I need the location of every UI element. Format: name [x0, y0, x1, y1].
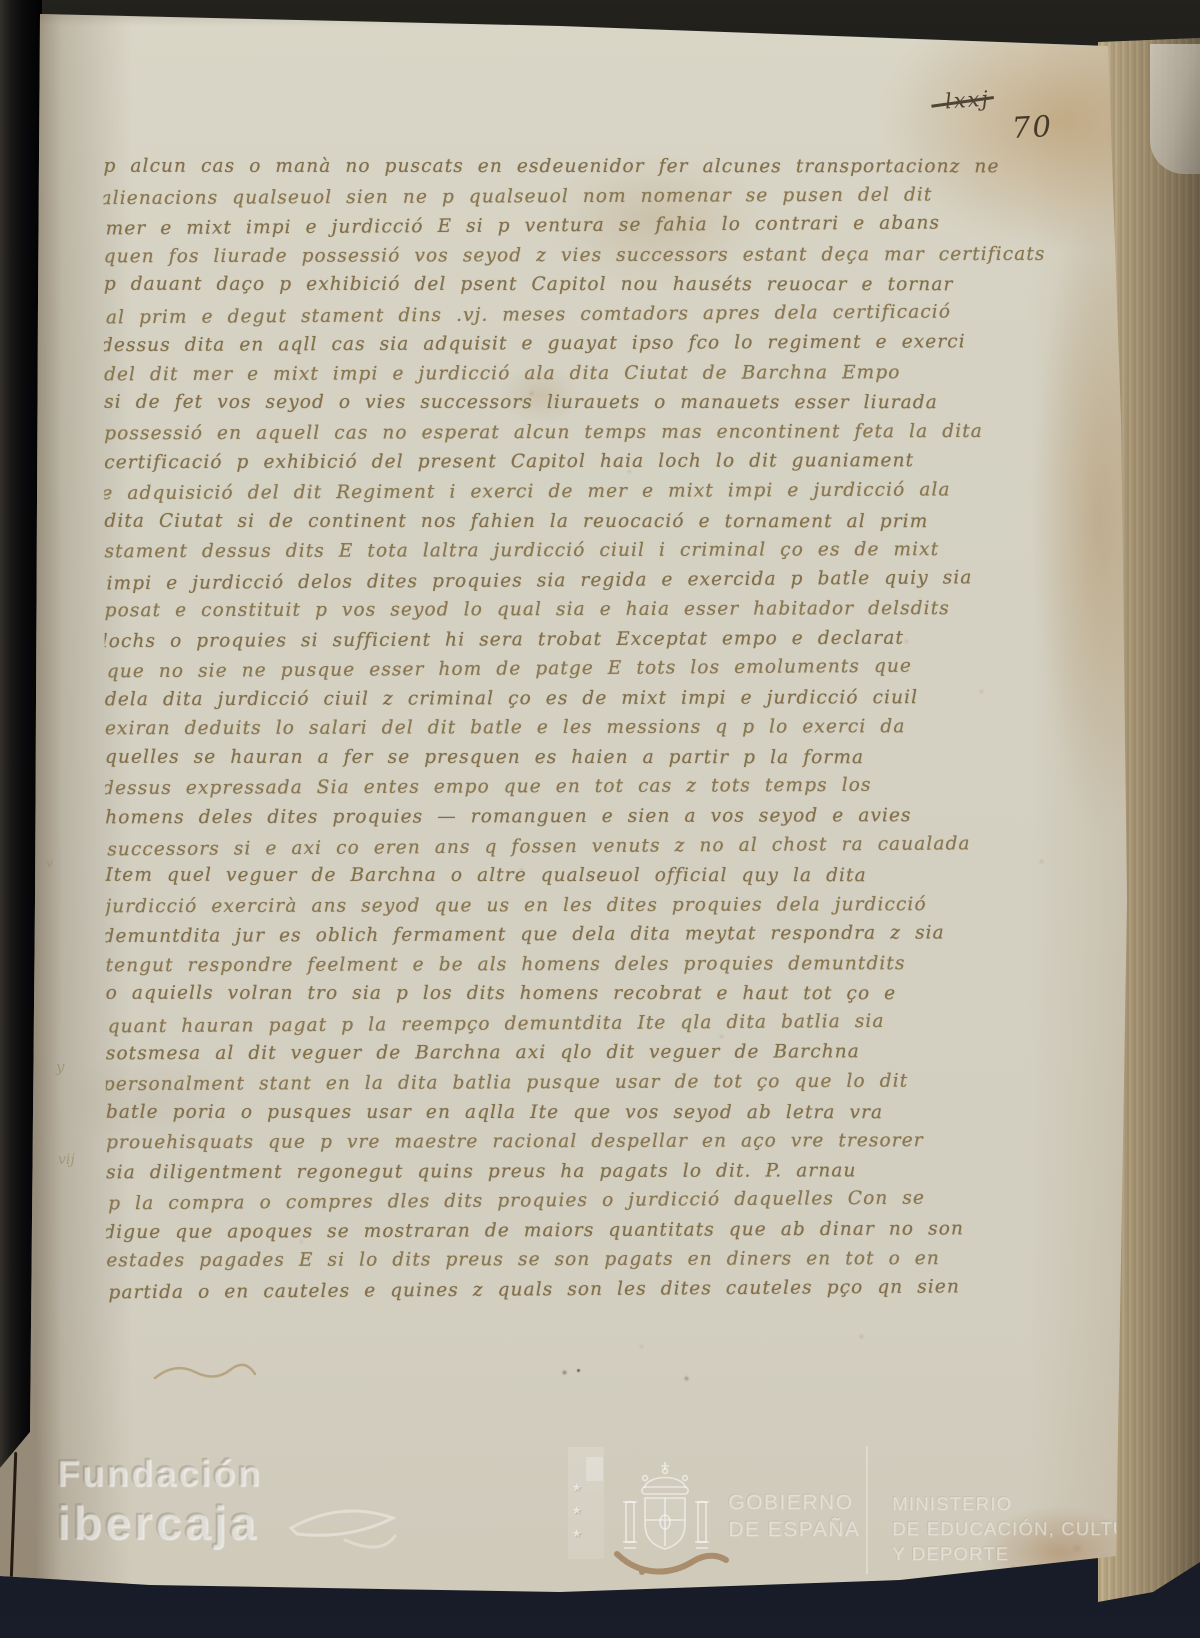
- manuscript-line: quen fos liurade possessió vos seyod z v…: [104, 239, 1062, 271]
- manuscript-line: e adquisició del dit Regiment i exerci d…: [103, 475, 1059, 509]
- manuscript-line: homens deles dites proquies — romanguen …: [105, 801, 1063, 833]
- manuscript-line: certificació p exhibició del present Cap…: [104, 446, 1062, 478]
- manuscript-line: Item quel veguer de Barchna o altre qual…: [105, 861, 1063, 891]
- manuscript-line: dela dita jurdicció ciuil z criminal ço …: [105, 683, 1063, 715]
- spain-coat-of-arms-icon: [618, 1456, 714, 1558]
- manuscript-line: batle poria o pusques usar en aqlla Ite …: [106, 1097, 1064, 1127]
- gobierno-watermark: GOBIERNO DE ESPAÑA: [728, 1489, 860, 1543]
- manuscript-line: sotsmesa al dit veguer de Barchna axi ql…: [106, 1037, 1064, 1069]
- ibercaja-watermark-line1: Fundación: [57, 1452, 262, 1496]
- manuscript-line: que no sie ne pusque esser hom de patge …: [107, 651, 1065, 687]
- manuscript-text-block: p alcun cas o manà no puscats en esdeuen…: [103, 151, 1064, 1322]
- manuscript-line: dessus expressada Sia entes empo que en …: [103, 770, 1060, 804]
- star-icon: ★: [572, 1481, 582, 1494]
- manuscript-page: lxxj 70 p alcun cas o manà no puscats en…: [0, 0, 1200, 1638]
- manuscript-line: exiran deduits lo salari del dit batle e…: [105, 712, 1063, 744]
- manuscript-line: successors si e axi co eren ans q fossen…: [107, 828, 1064, 864]
- manuscript-line: estades pagades E si lo dits preus se so…: [106, 1244, 1064, 1276]
- page-fold-crack: [10, 1452, 17, 1580]
- star-icon: ★: [572, 1527, 582, 1540]
- ministerio-watermark: MINISTERIO DE EDUCACIÓN, CULTURA Y DEPOR…: [892, 1491, 1155, 1566]
- ink-flourish: [150, 1360, 260, 1386]
- gobierno-line2: DE ESPAÑA: [728, 1516, 860, 1543]
- ibercaja-swoosh-icon: [285, 1492, 403, 1562]
- manuscript-line: posat e constituit p vos seyod lo qual s…: [105, 594, 1063, 626]
- manuscript-line: prouehisquats que p vre maestre racional…: [106, 1126, 1064, 1158]
- manuscript-line: dita Ciutat si de continent nos fahien l…: [104, 506, 1062, 536]
- manuscript-line: p dauant daço p exhibició del psent Capi…: [104, 270, 1062, 300]
- flag-canton: [586, 1457, 603, 1481]
- manuscript-line: stament dessus dits E tota laltra jurdic…: [104, 535, 1062, 567]
- manuscript-line: quelles se hauran a fer se presquen es h…: [105, 743, 1063, 773]
- manuscript-line: o aquiells volran tro sia p los dits hom…: [106, 979, 1064, 1009]
- folio-number: 70: [1011, 109, 1054, 145]
- manuscript-line: personalment stant en la dita batlia pus…: [103, 1066, 1060, 1100]
- manuscript-line: sia diligentment regonegut quins preus h…: [106, 1155, 1064, 1187]
- gobierno-line1: GOBIERNO: [728, 1489, 860, 1516]
- manuscript-line: demuntdita jur es oblich fermament que d…: [103, 918, 1060, 952]
- manuscript-line: si de fet vos seyod o vies successors li…: [104, 388, 1062, 418]
- ministerio-line1: MINISTERIO: [892, 1491, 1155, 1516]
- curled-page-corner: [1150, 44, 1200, 174]
- margin-mark: y: [56, 1058, 64, 1076]
- margin-mark: v: [46, 856, 53, 870]
- margin-mark: vij: [58, 1152, 75, 1168]
- manuscript-line: jurdicció exercirà ans seyod que us en l…: [105, 889, 1063, 921]
- manuscript-line: del dit mer e mixt impi e jurdicció ala …: [104, 358, 1062, 390]
- manuscript-line: mer e mixt impi e jurdicció E si p ventu…: [106, 208, 1064, 244]
- manuscript-line: impi e jurdicció delos dites proquies si…: [107, 562, 1065, 598]
- manuscript-line: p alcun cas o manà no puscats en esdeuen…: [104, 152, 1062, 182]
- ministerio-line2: DE EDUCACIÓN, CULTURA: [892, 1516, 1155, 1541]
- manuscript-line: tengut respondre feelment e be als homen…: [106, 949, 1064, 981]
- manuscript-line: possessió en aquell cas no esperat alcun…: [104, 417, 1062, 449]
- eu-flag-fragment-icon: ★ ★ ★: [568, 1447, 604, 1559]
- star-icon: ★: [572, 1504, 582, 1517]
- watermark-divider-line: [866, 1446, 868, 1574]
- manuscript-line: partida o en cauteles e quines z quals s…: [108, 1271, 1064, 1307]
- manuscript-line: digue que apoques se mostraran de maiors…: [103, 1214, 1061, 1248]
- ibercaja-watermark: Fundación ibercaja: [57, 1452, 262, 1548]
- ibercaja-watermark-line2: ibercaja: [57, 1498, 262, 1548]
- manuscript-line: quant hauran pagat p la reempço demuntdi…: [108, 1006, 1065, 1042]
- folio-number-crossed-out: lxxj: [944, 86, 990, 113]
- manuscript-line: dessus dita en aqll cas sia adquisit e g…: [103, 327, 1059, 361]
